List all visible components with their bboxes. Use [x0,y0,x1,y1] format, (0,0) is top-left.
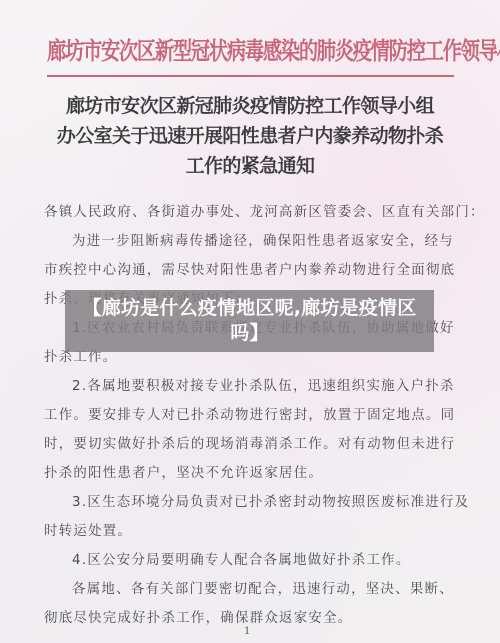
body-line-item-3: 3.区生态环境分局负责对已扑杀密封动物按照医废标准进行及 [72,493,469,513]
body-line: 时，要切实做好扑杀后的现场消毒消杀工作。对有动物但未进行 [44,435,455,455]
notice-title-line-3: 工作的紧急通知 [40,151,460,181]
letterhead-title: 廊坊市安次区新型冠状病毒感染的肺炎疫情防控工作领导小组办公室 [47,30,453,73]
body-line: 工作。要安排专人对已扑杀动物进行密封，放置于固定地点。同 [44,406,455,426]
letterhead-divider [47,75,454,77]
notice-title: 廊坊市安次区新冠肺炎疫情防控工作领导小组 办公室关于迅速开展阳性患者户内豢养动物… [40,91,460,181]
body-line-closing: 各属地、各有关部门要密切配合，迅速行动，坚决、果断、 [72,580,454,600]
body-line-item-2: 2.各属地要积极对接专业扑杀队伍，迅速组织实施入户扑杀 [72,377,455,397]
document-page: 廊坊市安次区新型冠状病毒感染的肺炎疫情防控工作领导小组办公室 廊坊市安次区新冠肺… [0,0,500,643]
body-line-item-4: 4.区公安分局要明确专人配合各属地做好扑杀工作。 [72,551,411,571]
addressee-line: 各镇人民政府、各街道办事处、龙河高新区管委会、区直有关部门： [44,203,485,223]
notice-title-line-1: 廊坊市安次区新冠肺炎疫情防控工作领导小组 [40,91,460,121]
body-line: 扑杀的阳性患者户，坚决不允许返家居住。 [44,464,323,484]
notice-title-line-2: 办公室关于迅速开展阳性患者户内豢养动物扑杀 [40,121,460,151]
body-line: 市疾控中心沟通，需尽快对阳性患者户内豢养动物进行全面彻底 [44,261,455,281]
caption-text: 【廊坊是什么疫情地区呢,廊坊是疫情区吗】 [80,296,420,346]
body-line-closing: 彻底尽快完成好扑杀工作，确保群众返家安全。 [44,609,353,629]
body-line: 时转运处置。 [44,522,132,542]
page-number: 1 [244,626,250,637]
body-line: 为进一步阻断病毒传播途径，确保阳性患者返家安全，经与 [72,232,454,252]
caption-overlay: 【廊坊是什么疫情地区呢,廊坊是疫情区吗】 [65,290,434,352]
